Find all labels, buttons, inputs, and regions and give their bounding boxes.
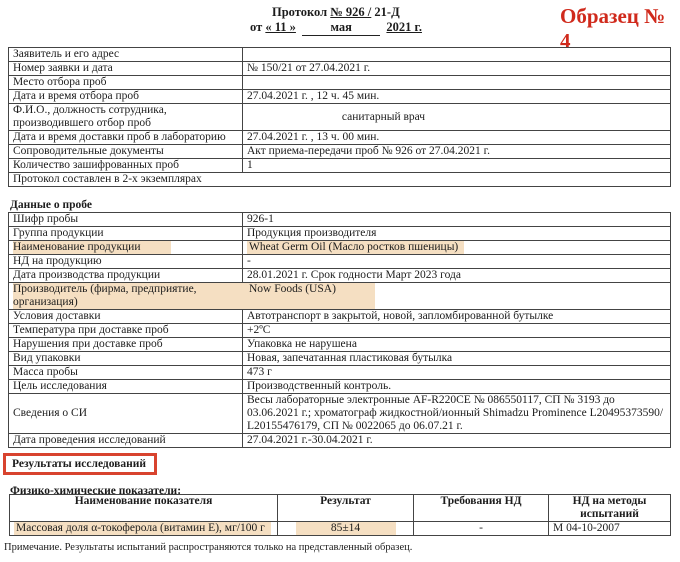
table-row: Шифр пробы926-1 bbox=[9, 213, 671, 227]
row-value: Новая, запечатанная пластиковая бутылка bbox=[243, 352, 671, 366]
row-value: 926-1 bbox=[243, 213, 671, 227]
indicator-name: Массовая доля α-токоферола (витамин Е), … bbox=[10, 522, 278, 536]
table-row: Группа продукцииПродукция производителя bbox=[9, 227, 671, 241]
table-row: Дата проведения исследований27.04.2021 г… bbox=[9, 434, 671, 448]
table-row: Место отбора проб bbox=[9, 76, 671, 90]
row-value: Производственный контроль. bbox=[243, 380, 671, 394]
result-highlight: 85±14 bbox=[296, 522, 396, 535]
date-prefix: от bbox=[250, 20, 262, 34]
date-day: « 11 » bbox=[265, 20, 296, 34]
column-header: НД на методы испытаний bbox=[549, 495, 671, 522]
label-highlight: Производитель (фирма, предприятие, орган… bbox=[13, 283, 263, 309]
table-row: Массовая доля α-токоферола (витамин Е), … bbox=[10, 522, 671, 536]
requirement-value: - bbox=[414, 522, 549, 536]
row-value: 1 bbox=[243, 159, 671, 173]
row-label: Дата и время доставки проб в лабораторию bbox=[9, 131, 243, 145]
table-row: Сведения о СИВесы лабораторные электронн… bbox=[9, 394, 671, 434]
row-label: Количество зашифрованных проб bbox=[9, 159, 243, 173]
row-label: НД на продукцию bbox=[9, 255, 243, 269]
table-row: Масса пробы473 г bbox=[9, 366, 671, 380]
row-label: Цель исследования bbox=[9, 380, 243, 394]
table-row: Сопроводительные документыАкт приема-пер… bbox=[9, 145, 671, 159]
row-value: 27.04.2021 г.-30.04.2021 г. bbox=[243, 434, 671, 448]
row-label: Сопроводительные документы bbox=[9, 145, 243, 159]
value-highlight: Now Foods (USA) bbox=[247, 283, 375, 309]
row-label: Дата и время отбора проб bbox=[9, 90, 243, 104]
row-label: Шифр пробы bbox=[9, 213, 243, 227]
row-value: 28.01.2021 г. Срок годности Март 2023 го… bbox=[243, 269, 671, 283]
indicator-highlight: Массовая доля α-токоферола (витамин Е), … bbox=[14, 522, 271, 535]
row-label: Производитель (фирма, предприятие, орган… bbox=[9, 283, 243, 310]
row-value bbox=[243, 48, 671, 62]
row-value: 27.04.2021 г. , 13 ч. 00 мин. bbox=[243, 131, 671, 145]
column-header: Результат bbox=[278, 495, 414, 522]
results-table: Наименование показателяРезультатТребован… bbox=[9, 494, 671, 536]
copies-note: Протокол составлен в 2-х экземплярах bbox=[9, 173, 671, 187]
table-row: Цель исследованияПроизводственный контро… bbox=[9, 380, 671, 394]
results-section-title: Результаты исследований bbox=[3, 453, 157, 475]
general-info-table: Заявитель и его адресНомер заявки и дата… bbox=[8, 47, 671, 187]
row-label: Сведения о СИ bbox=[9, 394, 243, 434]
row-value: +2ºC bbox=[243, 324, 671, 338]
document-header: Протокол № 926 / 21-Д от « 11 » мая 2021… bbox=[0, 0, 680, 40]
row-label: Номер заявки и дата bbox=[9, 62, 243, 76]
table-row: Протокол составлен в 2-х экземплярах bbox=[9, 173, 671, 187]
protocol-title: Протокол № 926 / 21-Д bbox=[272, 5, 400, 20]
row-value: Упаковка не нарушена bbox=[243, 338, 671, 352]
value-highlight: Wheat Germ Oil (Масло ростков пшеницы) bbox=[247, 241, 464, 254]
row-value: Акт приема-передачи проб № 926 от 27.04.… bbox=[243, 145, 671, 159]
protocol-number: № 926 / bbox=[330, 5, 371, 19]
row-label: Дата проведения исследований bbox=[9, 434, 243, 448]
row-label: Место отбора проб bbox=[9, 76, 243, 90]
row-value: № 150/21 от 27.04.2021 г. bbox=[243, 62, 671, 76]
row-value: Автотранспорт в закрытой, новой, запломб… bbox=[243, 310, 671, 324]
row-label: Заявитель и его адрес bbox=[9, 48, 243, 62]
label-highlight: Наименование продукции bbox=[13, 241, 171, 254]
row-value: Now Foods (USA) bbox=[243, 283, 671, 310]
row-label: Условия доставки bbox=[9, 310, 243, 324]
column-header: Требования НД bbox=[414, 495, 549, 522]
table-row: Номер заявки и дата№ 150/21 от 27.04.202… bbox=[9, 62, 671, 76]
row-label: Наименование продукции bbox=[9, 241, 243, 255]
protocol-label: Протокол bbox=[272, 5, 327, 19]
results-header-row: Наименование показателяРезультатТребован… bbox=[10, 495, 671, 522]
date-month: мая bbox=[302, 20, 380, 36]
row-label: Вид упаковки bbox=[9, 352, 243, 366]
table-row: Производитель (фирма, предприятие, орган… bbox=[9, 283, 671, 310]
row-label: Ф.И.О., должность сотрудника, производив… bbox=[9, 104, 243, 131]
method-value: М 04-10-2007 bbox=[549, 522, 671, 536]
row-value: 27.04.2021 г. , 12 ч. 45 мин. bbox=[243, 90, 671, 104]
table-row: Дата и время доставки проб в лабораторию… bbox=[9, 131, 671, 145]
table-row: Нарушения при доставке пробУпаковка не н… bbox=[9, 338, 671, 352]
protocol-date: от « 11 » мая 2021 г. bbox=[250, 20, 422, 36]
row-label: Температура при доставке проб bbox=[9, 324, 243, 338]
date-year: 2021 г. bbox=[386, 20, 422, 34]
results-note: Примечание. Результаты испытаний распрос… bbox=[4, 542, 412, 553]
row-value: 473 г bbox=[243, 366, 671, 380]
column-header: Наименование показателя bbox=[10, 495, 278, 522]
table-row: Ф.И.О., должность сотрудника, производив… bbox=[9, 104, 671, 131]
table-row: Дата и время отбора проб27.04.2021 г. , … bbox=[9, 90, 671, 104]
row-label: Группа продукции bbox=[9, 227, 243, 241]
table-row: Заявитель и его адрес bbox=[9, 48, 671, 62]
sample-data-table: Шифр пробы926-1Группа продукцииПродукция… bbox=[8, 212, 671, 448]
row-value: Wheat Germ Oil (Масло ростков пшеницы) bbox=[243, 241, 671, 255]
protocol-suffix: 21-Д bbox=[374, 5, 399, 19]
table-row: Условия доставкиАвтотранспорт в закрытой… bbox=[9, 310, 671, 324]
row-value: Продукция производителя bbox=[243, 227, 671, 241]
row-value: санитарный врач bbox=[243, 104, 671, 131]
table-row: Количество зашифрованных проб1 bbox=[9, 159, 671, 173]
row-value bbox=[243, 76, 671, 90]
table-row: Наименование продукцииWheat Germ Oil (Ма… bbox=[9, 241, 671, 255]
row-label: Масса пробы bbox=[9, 366, 243, 380]
sample-section-title: Данные о пробе bbox=[10, 199, 92, 211]
table-row: Вид упаковкиНовая, запечатанная пластико… bbox=[9, 352, 671, 366]
row-value: Весы лабораторные электронные AF-R220CE … bbox=[243, 394, 671, 434]
result-value: 85±14 bbox=[278, 522, 414, 536]
table-row: Дата производства продукции28.01.2021 г.… bbox=[9, 269, 671, 283]
table-row: НД на продукцию- bbox=[9, 255, 671, 269]
row-label: Нарушения при доставке проб bbox=[9, 338, 243, 352]
row-label: Дата производства продукции bbox=[9, 269, 243, 283]
row-value: - bbox=[243, 255, 671, 269]
table-row: Температура при доставке проб+2ºC bbox=[9, 324, 671, 338]
